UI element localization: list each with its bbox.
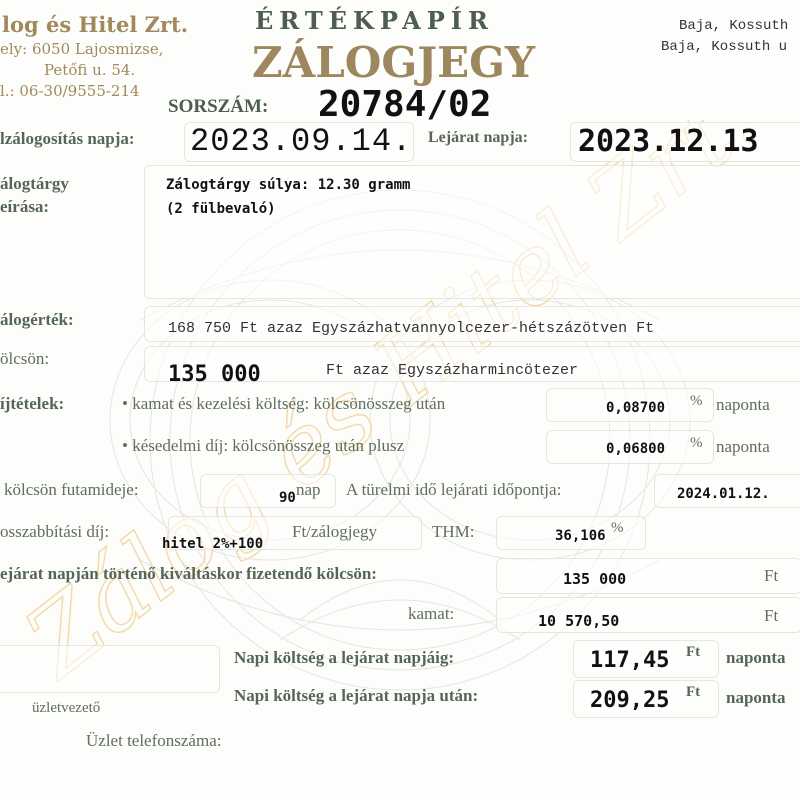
- redemption-loan-currency: Ft: [764, 566, 778, 586]
- redemption-loan-box[interactable]: [496, 558, 800, 594]
- fees-label: íjtételek:: [0, 394, 64, 414]
- term-unit: nap: [296, 480, 321, 500]
- extension-fee-label: osszabbítási díj:: [0, 522, 109, 542]
- grace-date-label: A türelmi idő lejárati időpontja:: [346, 480, 561, 500]
- serial-number: 20784/02: [318, 84, 491, 125]
- late-fee-per-day: naponta: [716, 437, 770, 457]
- document-title: ZÁLOGJEGY: [252, 38, 535, 87]
- interest-fee-value: 0,08700: [606, 400, 665, 416]
- thm-percent: %: [611, 520, 624, 537]
- redemption-loan-label: ejárat napján történő kiváltáskor fizete…: [0, 564, 377, 584]
- expiry-date-value: 2023.12.13: [578, 124, 759, 159]
- manager-label: üzletvezető: [32, 700, 100, 717]
- company-address-line1: ely: 6050 Lajosmizse,: [0, 40, 163, 58]
- thm-value: 36,106: [555, 528, 606, 544]
- redemption-loan-value: 135 000: [563, 570, 626, 588]
- pledge-value-label: álogérték:: [0, 310, 74, 330]
- late-fee-value: 0,06800: [606, 441, 665, 457]
- item-description-line2: (2 fülbevaló): [166, 201, 276, 217]
- pledge-date-value: 2023.09.14.: [190, 123, 412, 160]
- loan-amount: 135 000: [168, 362, 261, 387]
- redemption-interest-currency: Ft: [764, 606, 778, 626]
- pledge-date-label: lzálogosítás napja:: [0, 129, 135, 149]
- branch-line2: Baja, Kossuth u: [661, 39, 787, 55]
- signature-box[interactable]: [0, 645, 220, 693]
- item-label-line1: álogtárgy: [0, 174, 69, 194]
- daily-cost-after-label: Napi költség a lejárat napja után:: [234, 686, 478, 706]
- daily-cost-until-currency: Ft: [686, 644, 700, 661]
- shop-phone-label: Üzlet telefonszáma:: [86, 731, 221, 751]
- interest-fee-percent: %: [690, 393, 703, 410]
- daily-cost-after-per-day: naponta: [726, 688, 786, 708]
- redemption-interest-value: 10 570,50: [538, 612, 619, 630]
- daily-cost-until-value: 117,45: [590, 648, 669, 673]
- daily-cost-after-currency: Ft: [686, 684, 700, 701]
- loan-amount-text: Ft azaz Egyszázharmincötezer: [326, 362, 578, 379]
- daily-cost-after-value: 209,25: [590, 688, 669, 713]
- grace-date-value: 2024.01.12.: [677, 486, 770, 502]
- serial-label: SORSZÁM:: [168, 96, 268, 118]
- branch-line1: Baja, Kossuth: [679, 18, 788, 34]
- late-fee-percent: %: [690, 435, 703, 452]
- extension-fee-unit: Ft/zálogjegy: [292, 522, 377, 542]
- interest-fee-label: • kamat és kezelési költség: kölcsönössz…: [122, 394, 445, 414]
- company-name: log és Hitel Zrt.: [2, 12, 188, 37]
- item-description-line1: Zálogtárgy súlya: 12.30 gramm: [166, 177, 410, 193]
- company-phone: l.: 06-30/9555-214: [0, 82, 140, 100]
- thm-label: THM:: [432, 522, 475, 542]
- daily-cost-until-per-day: naponta: [726, 648, 786, 668]
- loan-label: ölcsön:: [0, 349, 49, 369]
- daily-cost-until-label: Napi költség a lejárat napjáig:: [234, 648, 454, 668]
- term-value: 90: [279, 490, 296, 506]
- company-address-line2: Petőfi u. 54.: [44, 61, 135, 79]
- term-label: kölcsön futamideje:: [4, 480, 139, 500]
- pledge-value-text: 168 750 Ft azaz Egyszázhatvannyolcezer-h…: [168, 320, 654, 337]
- extension-fee-value: hitel 2%+100: [162, 536, 263, 552]
- item-label-line2: eírása:: [0, 197, 49, 217]
- late-fee-label: • késedelmi díj: kölcsönösszeg után plus…: [122, 436, 404, 456]
- interest-fee-per-day: naponta: [716, 395, 770, 415]
- document-subtitle: ÉRTÉKPAPÍR: [255, 6, 494, 35]
- redemption-interest-label: kamat:: [408, 604, 454, 624]
- expiry-date-label: Lejárat napja:: [428, 129, 528, 147]
